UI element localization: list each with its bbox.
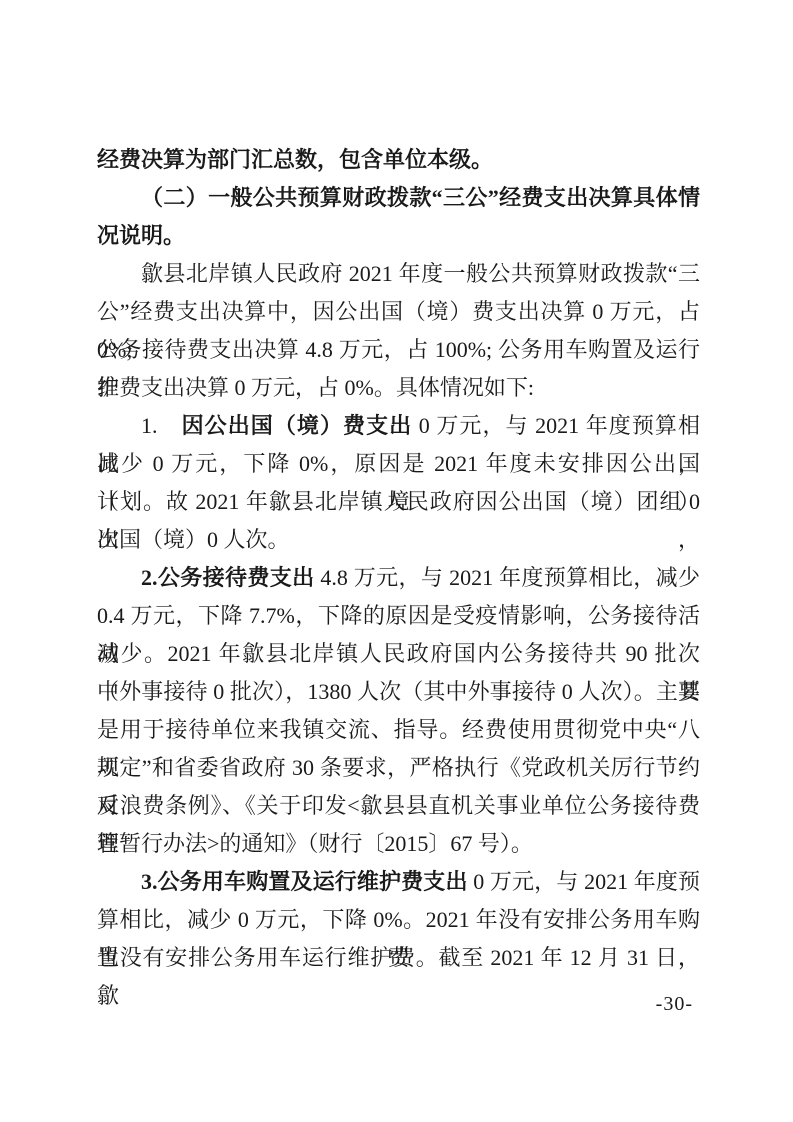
text-line: 规定”和省委省政府 30 条要求，严格执行《党政机关厉行节约反 — [97, 749, 700, 787]
text-line: （二）一般公共预算财政拨款“三公”经费支出决算具体情 — [97, 179, 700, 217]
text-run: 理暂行办法>的通知》（财行〔2015〕67 号）。 — [97, 831, 533, 856]
bold-text-run: 况说明。 — [97, 223, 185, 248]
document-body: 经费决算为部门汇总数，包含单位本级。（二）一般公共预算财政拨款“三公”经费支出决… — [97, 141, 700, 977]
text-line: 公务接待费支出决算 4.8 万元，占 100%; 公务用车购置及运行维 — [97, 331, 700, 369]
text-line: 3.公务用车购置及运行维护费支出 0 万元，与 2021 年度预 — [97, 863, 700, 901]
text-line: 况说明。 — [97, 217, 700, 255]
text-run: 歙县北岸镇人民政府 2021 年度一般公共预算财政拨款“三 — [141, 261, 700, 286]
text-line: 歙县北岸镇人民政府 2021 年度一般公共预算财政拨款“三 — [97, 255, 700, 293]
text-line: 1. 因公出国（境）费支出 0 万元，与 2021 年度预算相比， — [97, 407, 700, 445]
text-run: 1. — [141, 413, 182, 438]
text-line: 理暂行办法>的通知》（财行〔2015〕67 号）。 — [97, 825, 700, 863]
text-run: 4.8 万元，与 2021 年度预算相比，减少 — [315, 565, 700, 590]
text-line: 经费决算为部门汇总数，包含单位本级。 — [97, 141, 700, 179]
text-line: 对浪费条例》、《关于印发<歙县县直机关事业单位公务接待费管 — [97, 787, 700, 825]
text-run: 中外事接待 0 批次），1380 人次（其中外事接待 0 人次）。主要 — [97, 679, 700, 704]
bold-text-run: 3.公务用车购置及运行维护费支出 — [141, 869, 468, 894]
text-line: 0.4 万元，下降 7.7%，下降的原因是受疫情影响，公务接待活动 — [97, 597, 700, 635]
text-line: 2.公务接待费支出 4.8 万元，与 2021 年度预算相比，减少 — [97, 559, 700, 597]
document-page: 经费决算为部门汇总数，包含单位本级。（二）一般公共预算财政拨款“三公”经费支出决… — [0, 0, 793, 1122]
text-line: 护费支出决算 0 万元，占 0%。具体情况如下: — [97, 369, 700, 407]
bold-text-run: 因公出国（境）费支出 — [182, 413, 413, 438]
bold-text-run: 2.公务接待费支出 — [141, 565, 315, 590]
text-line: 中外事接待 0 批次），1380 人次（其中外事接待 0 人次）。主要 — [97, 673, 700, 711]
text-line: 减少。2021 年歙县北岸镇人民政府国内公务接待共 90 批次（其 — [97, 635, 700, 673]
text-line: 减少 0 万元，下降 0%，原因是 2021 年度未安排因公出国（境） — [97, 445, 700, 483]
text-line: 也没有安排公务用车运行维护费。截至 2021 年 12 月 31 日，歙 — [97, 939, 700, 977]
text-run: 也没有安排公务用车运行维护费。截至 2021 年 12 月 31 日，歙 — [97, 945, 700, 1008]
text-line: 计划。故 2021 年歙县北岸镇人民政府因公出国（境）团组 0 次， — [97, 483, 700, 521]
bold-text-run: 经费决算为部门汇总数，包含单位本级。 — [97, 147, 493, 172]
page-number: -30- — [656, 992, 693, 1016]
text-line: 是用于接待单位来我镇交流、指导。经费使用贯彻党中央“八项 — [97, 711, 700, 749]
text-run: 出国（境）0 人次。 — [97, 527, 290, 552]
text-run: 护费支出决算 0 万元，占 0%。具体情况如下: — [97, 375, 534, 400]
text-line: 算相比，减少 0 万元，下降 0%。2021 年没有安排公务用车购置费， — [97, 901, 700, 939]
text-line: 公”经费支出决算中，因公出国（境）费支出决算 0 万元，占 0%; — [97, 293, 700, 331]
bold-text-run: （二）一般公共预算财政拨款“三公”经费支出决算具体情 — [141, 185, 700, 210]
text-run: 0 万元，与 2021 年度预 — [468, 869, 700, 894]
